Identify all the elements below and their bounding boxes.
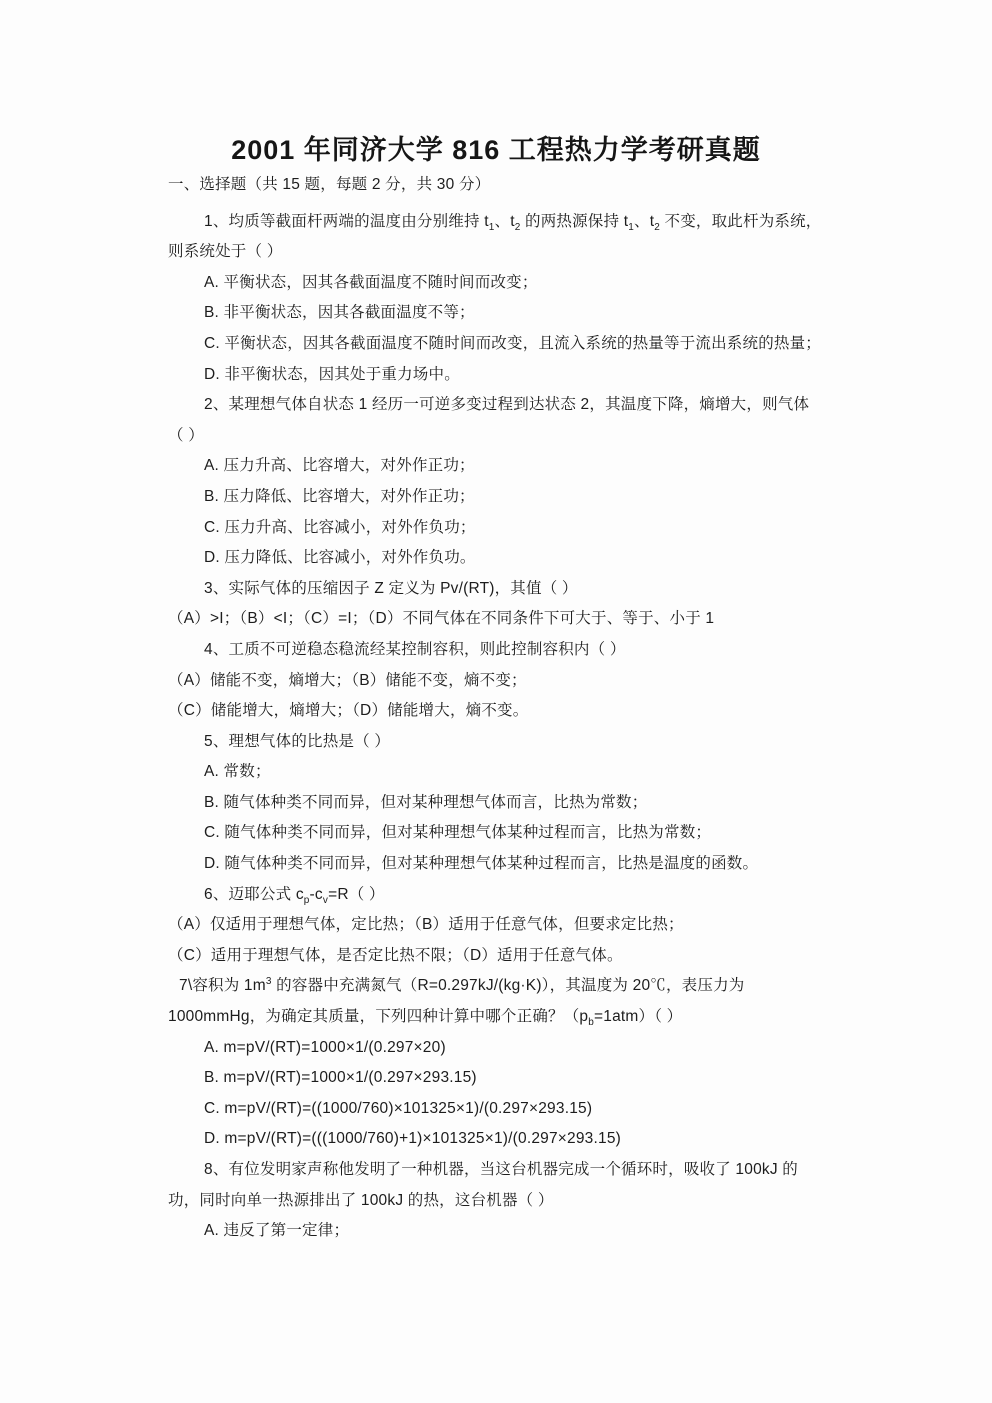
question-line: 8、有位发明家声称他发明了一种机器，当这台机器完成一个循环时，吸收了 100kJ… (168, 1155, 862, 1186)
question-line: A. 平衡状态，因其各截面温度不随时间而改变； (168, 268, 862, 299)
question-6: 6、迈耶公式 cp-cv=R（ ）（A）仅适用于理想气体，定比热；（B）适用于任… (168, 880, 862, 972)
question-line: B. 非平衡状态，因其各截面温度不等； (168, 298, 862, 329)
question-line: B. m=pV/(RT)=1000×1/(0.297×293.15) (168, 1063, 862, 1094)
question-7: 7\容积为 1m3 的容器中充满氮气（R=0.297kJ/(kg·K)），其温度… (168, 971, 862, 1155)
question-line: 1、均质等截面杆两端的温度由分别维持 t1、t2 的两热源保持 t1、t2 不变… (168, 207, 862, 238)
question-4: 4、工质不可逆稳态稳流经某控制容积，则此控制容积内（ ）（A）储能不变，熵增大；… (168, 635, 862, 727)
question-line: B. 随气体种类不同而异，但对某种理想气体而言，比热为常数； (168, 788, 862, 819)
question-line: C. 平衡状态，因其各截面温度不随时间而改变，且流入系统的热量等于流出系统的热量… (168, 329, 862, 360)
question-line: C. 压力升高、比容减小，对外作负功； (168, 513, 862, 544)
question-line: 1000mmHg，为确定其质量，下列四种计算中哪个正确？（pb=1atm）（ ） (168, 1002, 862, 1033)
question-line: D. m=pV/(RT)=(((1000/760)+1)×101325×1)/(… (168, 1124, 862, 1155)
question-line: D. 压力降低、比容减小，对外作负功。 (168, 543, 862, 574)
question-line: （A）仅适用于理想气体，定比热；（B）适用于任意气体，但要求定比热； (168, 910, 862, 941)
page-title: 2001 年同济大学 816 工程热力学考研真题 (0, 128, 992, 167)
question-line: A. 压力升高、比容增大，对外作正功； (168, 451, 862, 482)
document-body: 一、选择题（共 15 题，每题 2 分，共 30 分） 1、均质等截面杆两端的温… (168, 170, 862, 1247)
question-line: （A）>I；（B）<I；（C）=I；（D）不同气体在不同条件下可大于、等于、小于… (168, 604, 862, 635)
question-2: 2、某理想气体自状态 1 经历一可逆多变过程到达状态 2，其温度下降，熵增大，则… (168, 390, 862, 574)
question-line: 功，同时向单一热源排出了 100kJ 的热，这台机器（ ） (168, 1186, 862, 1217)
question-3: 3、实际气体的压缩因子 Z 定义为 Pv/(RT)，其值（ ）（A）>I；（B）… (168, 574, 862, 635)
question-1: 1、均质等截面杆两端的温度由分别维持 t1、t2 的两热源保持 t1、t2 不变… (168, 207, 862, 391)
question-line: （C）储能增大，熵增大；（D）储能增大，熵不变。 (168, 696, 862, 727)
question-line: 4、工质不可逆稳态稳流经某控制容积，则此控制容积内（ ） (168, 635, 862, 666)
question-line: C. m=pV/(RT)=((1000/760)×101325×1)/(0.29… (168, 1094, 862, 1125)
question-line: （A）储能不变，熵增大；（B）储能不变，熵不变； (168, 666, 862, 697)
question-line: D. 随气体种类不同而异，但对某种理想气体某种过程而言，比热是温度的函数。 (168, 849, 862, 880)
question-line: A. 常数； (168, 757, 862, 788)
question-line: A. 违反了第一定律； (168, 1216, 862, 1247)
question-8: 8、有位发明家声称他发明了一种机器，当这台机器完成一个循环时，吸收了 100kJ… (168, 1155, 862, 1247)
question-line: A. m=pV/(RT)=1000×1/(0.297×20) (168, 1033, 862, 1064)
question-line: 6、迈耶公式 cp-cv=R（ ） (168, 880, 862, 911)
question-line: C. 随气体种类不同而异，但对某种理想气体某种过程而言，比热为常数； (168, 818, 862, 849)
question-5: 5、理想气体的比热是（ ）A. 常数；B. 随气体种类不同而异，但对某种理想气体… (168, 727, 862, 880)
question-line: （C）适用于理想气体，是否定比热不限；（D）适用于任意气体。 (168, 941, 862, 972)
question-line: 则系统处于（ ） (168, 237, 862, 268)
question-line: 7\容积为 1m3 的容器中充满氮气（R=0.297kJ/(kg·K)），其温度… (168, 971, 862, 1002)
question-line: D. 非平衡状态，因其处于重力场中。 (168, 360, 862, 391)
section-header: 一、选择题（共 15 题，每题 2 分，共 30 分） (168, 170, 862, 201)
exam-document-page: 2001 年同济大学 816 工程热力学考研真题 一、选择题（共 15 题，每题… (0, 0, 992, 1403)
question-line: B. 压力降低、比容增大，对外作正功； (168, 482, 862, 513)
question-line: 3、实际气体的压缩因子 Z 定义为 Pv/(RT)，其值（ ） (168, 574, 862, 605)
question-line: 5、理想气体的比热是（ ） (168, 727, 862, 758)
questions-container: 1、均质等截面杆两端的温度由分别维持 t1、t2 的两热源保持 t1、t2 不变… (168, 207, 862, 1247)
question-line: （ ） (168, 421, 862, 452)
question-line: 2、某理想气体自状态 1 经历一可逆多变过程到达状态 2，其温度下降，熵增大，则… (168, 390, 862, 421)
